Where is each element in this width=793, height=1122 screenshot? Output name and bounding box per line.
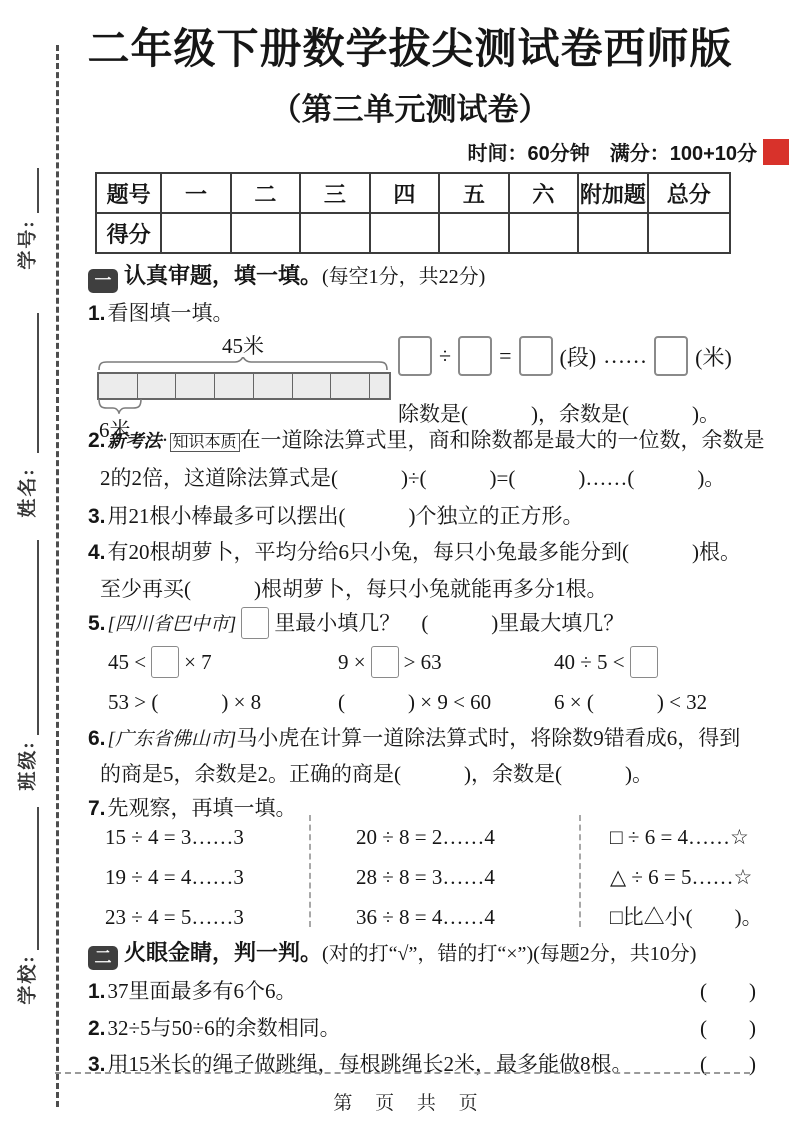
score-table-header-row: 题号 一 二 三 四 五 六 附加题 总分	[96, 173, 785, 213]
answer-box	[241, 607, 269, 639]
section-two-note: (对的打“√”，错的打“×”)(每题2分，共10分)	[322, 943, 696, 965]
bar-segment	[331, 374, 370, 398]
judge-answer-paren: ( )	[700, 975, 756, 1005]
q5-row2: 53 > ( ) × 8 ( ) × 9 < 60 6 × ( ) < 32	[0, 686, 793, 716]
question-2: 2.新考法·知识本质在一道除法算式里，商和除数都是最大的一位数，余数是	[88, 424, 765, 454]
test-paper-page: 学号: 姓名: 班级: 学校: 二年级下册数学拔尖测试卷西师版 （第三单元测试卷…	[0, 0, 793, 1122]
brace-45m-icon	[97, 357, 389, 371]
section-two-icon: 二	[88, 946, 118, 970]
sidebar-label-class: 班级:	[13, 720, 40, 812]
judge-text: 2.32÷5与50÷6的余数相同。	[88, 1012, 341, 1042]
equation: 20 ÷ 8 = 2……4	[356, 817, 579, 857]
section-two-header: 二火眼金睛，判一判。(对的打“√”，错的打“×”)(每题2分，共10分)	[88, 936, 696, 970]
question-5: 5.[四川省巴中市]里最小填几？ ( )里最大填几？	[88, 607, 624, 639]
score-header-cell: 附加题	[578, 173, 647, 213]
answer-box	[630, 646, 658, 678]
section-one-header: 一认真审题，填一填。(每空1分，共22分)	[88, 259, 485, 293]
score-header-cell: 六	[509, 173, 578, 213]
sidebar-label-school: 学校:	[13, 934, 40, 1026]
answer-box	[519, 336, 553, 376]
fold-dashed-line	[56, 45, 59, 1107]
equation: 19 ÷ 4 = 4……3	[105, 857, 309, 897]
answer-box	[371, 646, 399, 678]
question-text: 用21根小棒最多可以摆出( )个独立的正方形。	[108, 504, 584, 528]
knowledge-badge: 知识本质	[170, 433, 240, 452]
score-header-cell: 三	[300, 173, 369, 213]
red-corner-mark	[763, 139, 789, 165]
score-header-cell: 一	[161, 173, 230, 213]
q5-row1: 45 <× 7 9 ×> 63 40 ÷ 5 <	[0, 646, 793, 682]
unit-mi: (米)	[695, 341, 732, 372]
time-score-info: 时间：60分钟 满分：100+10分	[300, 137, 757, 166]
q4-line2: 至少再买( )根胡萝卜，每只小兔就能再多分1根。	[100, 573, 607, 603]
score-header-cell: 二	[231, 173, 300, 213]
question-6: 6.[广东省佛山市]马小虎在计算一道除法算式时，将除数9错看成6，得到	[88, 722, 740, 752]
score-row-label: 得分	[96, 213, 161, 253]
question-number: 5.	[88, 612, 106, 635]
q5-expression: 53 > ( ) × 8	[108, 686, 261, 716]
question-text: 里最小填几？	[274, 611, 400, 635]
sidebar-writing-line	[37, 313, 39, 453]
expression-text: 40 ÷ 5 <	[554, 650, 625, 674]
page-title: 二年级下册数学拔尖测试卷西师版	[60, 16, 760, 76]
equation: 36 ÷ 8 = 4……4	[356, 897, 579, 937]
question-number: 6.	[88, 727, 106, 750]
equation: 23 ÷ 4 = 5……3	[105, 897, 309, 937]
question-text: 37里面最多有6个6。	[108, 979, 297, 1003]
equation: 15 ÷ 4 = 3……3	[105, 817, 309, 857]
bar-segment	[215, 374, 254, 398]
answer-box	[398, 336, 432, 376]
score-header-cell: 四	[370, 173, 439, 213]
score-empty-cell	[231, 213, 300, 253]
q2-line2: 2的2倍，这道除法算式是( )÷( )=( )……( )。	[100, 462, 725, 492]
answer-box	[458, 336, 492, 376]
score-empty-cell	[578, 213, 647, 253]
expression-text: × 7	[184, 650, 212, 674]
q5-expression: 6 × ( ) < 32	[554, 686, 707, 716]
judge-item-2: 2.32÷5与50÷6的余数相同。 ( )	[88, 1012, 756, 1042]
score-header-cell: 总分	[648, 173, 730, 213]
q7-column-3: □ ÷ 6 = 4……☆ △ ÷ 6 = 5……☆ □比△小( )。	[579, 815, 788, 927]
q6-line2: 的商是5，余数是2。正确的商是( )，余数是( )。	[100, 758, 653, 788]
region-tag: [四川省巴中市]	[108, 614, 237, 635]
page-footer: 第 页 共 页	[60, 1088, 760, 1115]
expression-text: 9 ×	[338, 650, 366, 674]
bar-segment	[138, 374, 177, 398]
judge-item-1: 1.37里面最多有6个6。 ( )	[88, 975, 756, 1005]
equation: □比△小( )。	[610, 897, 788, 937]
section-one-title: 认真审题，填一填。	[124, 263, 322, 288]
bar-segment	[293, 374, 332, 398]
sidebar-label-student-id: 学号:	[13, 199, 40, 291]
question-text: 在一道除法算式里，商和除数都是最大的一位数，余数是	[240, 428, 765, 452]
question-number: 4.	[88, 541, 106, 564]
q1-equation-row: ÷ = (段) …… (米)	[398, 336, 732, 376]
question-number: 2.	[88, 429, 106, 452]
page-subtitle: （第三单元测试卷）	[60, 84, 760, 129]
question-text: 看图填一填。	[108, 301, 234, 325]
bar-segment	[176, 374, 215, 398]
question-text: 马小虎在计算一道除法算式时，将除数9错看成6，得到	[236, 726, 740, 750]
equation: △ ÷ 6 = 5……☆	[610, 857, 788, 897]
judge-text: 1.37里面最多有6个6。	[88, 975, 297, 1005]
bar-segment	[254, 374, 293, 398]
answer-box	[654, 336, 688, 376]
question-text: 32÷5与50÷6的余数相同。	[108, 1016, 341, 1040]
score-empty-cell	[300, 213, 369, 253]
region-tag: [广东省佛山市]	[108, 729, 237, 750]
bar-segment	[99, 374, 138, 398]
score-empty-cell	[648, 213, 730, 253]
score-table-score-row: 得分	[96, 213, 785, 253]
q5-expression: ( ) × 9 < 60	[338, 686, 491, 716]
expression-text: 45 <	[108, 650, 146, 674]
score-table: 题号 一 二 三 四 五 六 附加题 总分 得分	[95, 172, 786, 254]
question-1: 1.看图填一填。	[88, 297, 234, 327]
question-number: 2.	[88, 1017, 106, 1040]
equals-sign: =	[499, 343, 511, 369]
question-4: 4.有20根胡萝卜，平均分给6只小兔，每只小兔最多能分到( )根。	[88, 536, 741, 566]
question-text: 有20根胡萝卜，平均分给6只小兔，每只小兔最多能分到( )根。	[108, 540, 741, 564]
score-header-cell: 五	[439, 173, 508, 213]
section-two-title: 火眼金睛，判一判。	[124, 940, 322, 965]
expression-text: > 63	[404, 650, 442, 674]
q5-expression: 9 ×> 63	[338, 646, 442, 678]
bar-segment-partial	[370, 374, 389, 398]
remainder-dots: ……	[603, 343, 647, 369]
badge-dot: ·	[162, 428, 169, 452]
section-one-note: (每空1分，共22分)	[322, 266, 485, 288]
sidebar-writing-line	[37, 807, 39, 950]
q7-equation-grid: 15 ÷ 4 = 3……3 19 ÷ 4 = 4……3 23 ÷ 4 = 5………	[88, 815, 788, 927]
sidebar-label-name: 姓名:	[13, 447, 40, 539]
equation: □ ÷ 6 = 4……☆	[610, 817, 788, 857]
q7-column-2: 20 ÷ 8 = 2……4 28 ÷ 8 = 3……4 36 ÷ 8 = 4………	[309, 815, 579, 927]
judge-answer-paren: ( )	[700, 1012, 756, 1042]
segmented-bar	[97, 372, 391, 400]
question-number: 3.	[88, 505, 106, 528]
question-number: 1.	[88, 302, 106, 325]
brace-6m-icon	[97, 399, 143, 414]
q5-expression: 45 <× 7	[108, 646, 212, 678]
score-empty-cell	[161, 213, 230, 253]
score-empty-cell	[370, 213, 439, 253]
unit-duan: (段)	[560, 341, 597, 372]
question-number: 1.	[88, 980, 106, 1003]
new-method-badge: 新考法	[108, 431, 162, 451]
bar-total-label: 45米	[97, 330, 389, 360]
question-text-2: ( )里最大填几？	[421, 611, 624, 635]
section-one-icon: 一	[88, 269, 118, 293]
footer-dashed-line	[55, 1072, 750, 1074]
q7-column-1: 15 ÷ 4 = 3……3 19 ÷ 4 = 4……3 23 ÷ 4 = 5………	[88, 815, 309, 927]
question-3: 3.用21根小棒最多可以摆出( )个独立的正方形。	[88, 500, 584, 530]
q5-expression: 40 ÷ 5 <	[554, 646, 663, 678]
answer-box	[151, 646, 179, 678]
equation: 28 ÷ 8 = 3……4	[356, 857, 579, 897]
divide-sign: ÷	[439, 343, 451, 369]
score-empty-cell	[509, 213, 578, 253]
score-header-cell: 题号	[96, 173, 161, 213]
score-empty-cell	[439, 213, 508, 253]
